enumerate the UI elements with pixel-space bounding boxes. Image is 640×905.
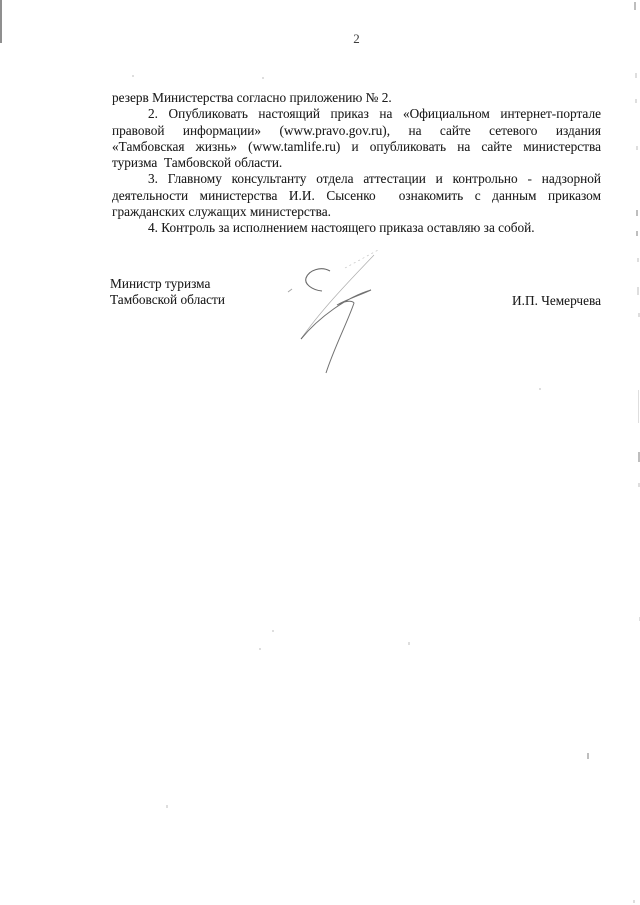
scan-artifact (132, 75, 134, 77)
handwritten-signature-icon (281, 241, 386, 381)
scan-artifact (635, 73, 637, 78)
document-line: резерв Министерства согласно приложению … (112, 90, 601, 106)
document-line: гражданских служащих министерства. (112, 204, 601, 220)
document-line: правовой информации» (www.pravo.gov.ru),… (112, 123, 601, 139)
scan-artifact (634, 2, 636, 10)
document-line: 3. Главному консультанту отдела аттестац… (112, 171, 601, 187)
scan-artifact (636, 146, 638, 150)
document-line: деятельности министерства И.И. Сысенко о… (112, 188, 601, 204)
document-line: туризма Тамбовской области. (112, 155, 601, 171)
document-line: 4. Контроль за исполнением настоящего пр… (112, 220, 601, 236)
scan-artifact (262, 77, 264, 79)
scan-artifact (637, 258, 639, 262)
scan-artifact (272, 630, 274, 632)
document-body: резерв Министерства согласно приложению … (112, 90, 601, 237)
scan-artifact (166, 805, 168, 808)
scan-artifact (587, 753, 589, 759)
scan-artifact (637, 287, 639, 295)
scan-artifact (635, 99, 637, 103)
scan-artifact (636, 231, 638, 236)
scan-artifact (539, 388, 541, 390)
scan-artifact (259, 648, 261, 650)
document-line: «Тамбовская жизнь» (www.tamlife.ru) и оп… (112, 139, 601, 155)
document-line: 2. Опубликовать настоящий приказ на «Офи… (112, 106, 601, 122)
page-number: 2 (112, 31, 601, 47)
scan-artifact (638, 390, 639, 423)
scan-artifact-left-strip (0, 0, 2, 43)
scan-artifact (633, 900, 635, 903)
scanned-document-page: 2 резерв Министерства согласно приложени… (0, 0, 640, 905)
scan-artifact (408, 642, 410, 645)
scan-artifact (636, 210, 638, 216)
signatory-name: И.П. Чемерчева (512, 293, 601, 309)
